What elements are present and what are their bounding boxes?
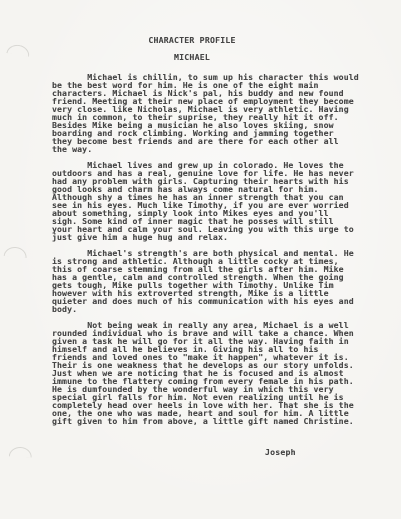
document-title: CHARACTER PROFILE (0, 36, 384, 44)
author-signature: Joseph (265, 448, 296, 456)
binder-ring-mark-icon (4, 246, 28, 258)
document-body: Michael is chillin, to sum up his charac… (52, 73, 352, 433)
paragraph-background: Michael lives and grew up in colorado. H… (52, 161, 352, 241)
character-name-heading: MICHAEL (0, 53, 384, 61)
scanned-document-page: CHARACTER PROFILE MICHAEL Michael is chi… (0, 0, 401, 519)
paragraph-intro: Michael is chillin, to sum up his charac… (52, 73, 352, 153)
paragraph-strengths: Michael's strength's are both physical a… (52, 249, 352, 313)
binder-ring-mark-icon (9, 446, 32, 457)
paragraph-weakness: Not being weak in really any area, Micha… (52, 321, 352, 425)
